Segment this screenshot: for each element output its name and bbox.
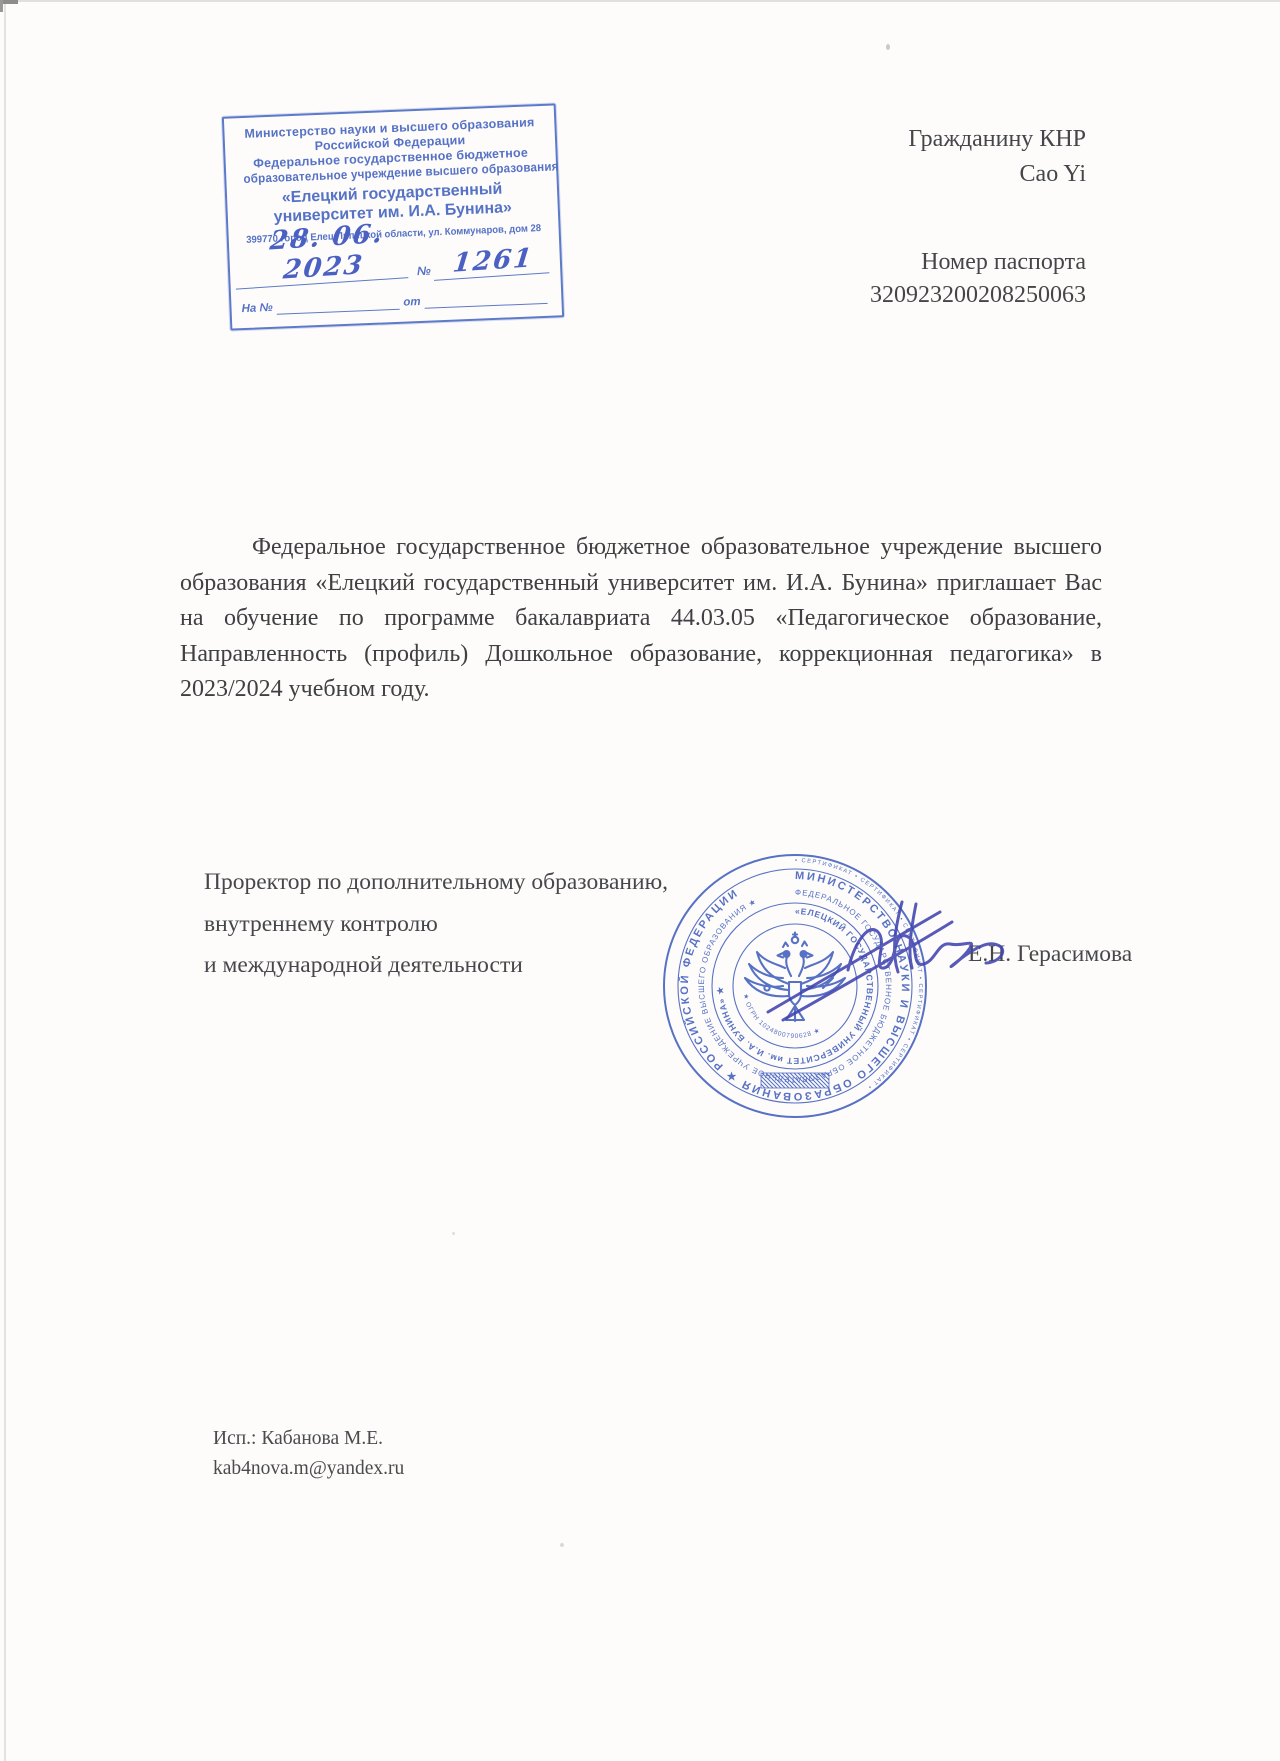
stamp-ref-label: На №: [241, 302, 273, 316]
signatory-title-line1: Проректор по дополнительному образованию…: [204, 862, 668, 904]
addressee-citizenship: Гражданину КНР: [908, 122, 1086, 157]
stamp-number-sign: №: [412, 263, 436, 280]
stamp-ref-from-blank-line: [425, 303, 548, 309]
stamp-ref-from-label: от: [403, 296, 421, 310]
stamp-handwritten-number: 1261: [434, 242, 552, 281]
invitation-paragraph: Федеральное государственное бюджетное об…: [180, 530, 1102, 708]
handwritten-signature: [640, 850, 1060, 1030]
executor-email: kab4nova.m@yandex.ru: [213, 1454, 404, 1484]
signatory-title-block: Проректор по дополнительному образованию…: [204, 862, 668, 987]
scan-corner-mark: [0, 0, 18, 4]
signatory-title-line2: внутреннему контролю: [204, 904, 668, 946]
stamp-reference-row: На № от: [237, 286, 555, 317]
scan-speck: [886, 44, 890, 50]
signature-svg: [640, 850, 1060, 1030]
scan-edge-top: [0, 0, 1280, 2]
addressee-block: Гражданину КНР Cao Yi: [908, 122, 1086, 192]
stamp-handwritten-date: 28. 06. 2023: [236, 217, 415, 290]
passport-block: Номер паспорта 320923200208250063: [870, 246, 1086, 312]
stamp-ref-blank-line: [277, 309, 400, 315]
passport-label: Номер паспорта: [870, 246, 1086, 279]
stamp-date-row: 28. 06. 2023 № 1261: [235, 237, 554, 288]
executor-block: Исп.: Кабанова М.Е. kab4nova.m@yandex.ru: [213, 1424, 404, 1484]
addressee-name: Cao Yi: [908, 157, 1086, 192]
seal-bottom-banner: [761, 1073, 829, 1088]
scanned-letter-page: Министерство науки и высшего образования…: [0, 0, 1280, 1761]
scan-speck: [560, 1543, 564, 1547]
scan-speck: [452, 1232, 455, 1235]
university-corner-stamp: Министерство науки и высшего образования…: [222, 103, 564, 330]
passport-number: 320923200208250063: [870, 279, 1086, 312]
signatory-title-line3: и международной деятельности: [204, 945, 668, 987]
executor-name: Исп.: Кабанова М.Е.: [213, 1424, 404, 1454]
scan-edge-left: [4, 0, 6, 1761]
